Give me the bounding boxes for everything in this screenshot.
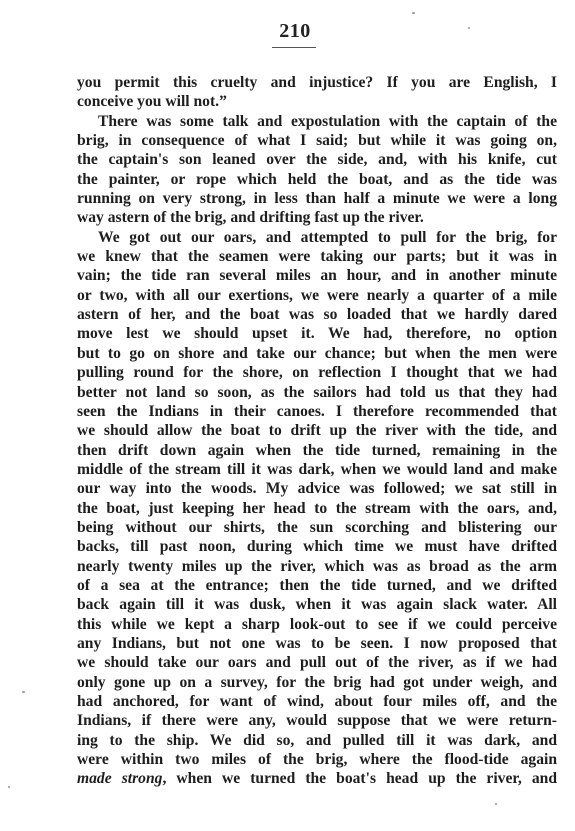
scan-speck [412, 12, 415, 14]
text-line: the captain's son leaned over the side, … [77, 150, 557, 169]
text-line: Indians, if there were any, would suppos… [77, 711, 557, 730]
scan-speck [8, 786, 10, 788]
text-line: or two, with all our exertions, we were … [77, 286, 557, 305]
text-line: vain; the tide ran several miles an hour… [77, 266, 557, 285]
text-line-rest: , when we turned the boat's head up the … [162, 770, 557, 787]
header-rule [272, 47, 316, 48]
text-line: There was some talk and expostulation wi… [77, 112, 557, 131]
text-line: pulling round for the shore, on reflecti… [77, 363, 557, 382]
scan-speck [468, 27, 470, 29]
text-line: nearly twenty miles up the river, which … [77, 557, 557, 576]
text-line: the boat, just keeping her head to the s… [77, 499, 557, 518]
text-line: but to go on shore and take our chance; … [77, 344, 557, 363]
text-line: had anchored, for want of wind, about fo… [77, 692, 557, 711]
text-line: then drift down again when the tide turn… [77, 441, 557, 460]
text-line: astern of her, and the boat was so loade… [77, 305, 557, 324]
italic-phrase: made strong [77, 770, 162, 787]
text-line: move lest we should upset it. We had, th… [77, 324, 557, 343]
page-number: 210 [0, 20, 575, 43]
scan-speck [22, 691, 25, 693]
text-line: way astern of the brig, and drifting fas… [77, 208, 557, 227]
text-line: being without our shirts, the sun scorch… [77, 518, 557, 537]
text-line-final: made strong, when we turned the boat's h… [77, 769, 557, 788]
text-line: better not land so soon, as the sailors … [77, 383, 557, 402]
text-line: back again till it was dusk, when it was… [77, 595, 557, 614]
text-line: running on very strong, in less than hal… [77, 189, 557, 208]
text-line: our way into the woods. My advice was fo… [77, 479, 557, 498]
text-line: backs, till past noon, during which time… [77, 537, 557, 556]
text-line: of a sea at the entrance; then the tide … [77, 576, 557, 595]
text-line: we should take our oars and pull out of … [77, 653, 557, 672]
text-line: the painter, or rope which held the boat… [77, 170, 557, 189]
text-line: We got out our oars, and attempted to pu… [77, 228, 557, 247]
text-line: only gone up on a survey, for the brig h… [77, 673, 557, 692]
text-line: seen the Indians in their canoes. I ther… [77, 402, 557, 421]
text-line: ing to the ship. We did so, and pulled t… [77, 731, 557, 750]
text-line: brig, in consequence of what I said; but… [77, 131, 557, 150]
text-line: were within two miles of the brig, where… [77, 750, 557, 769]
text-line: middle of the stream till it was dark, w… [77, 460, 557, 479]
text-line: you permit this cruelty and injustice? I… [77, 73, 557, 92]
text-line: this while we kept a sharp look-out to s… [77, 615, 557, 634]
text-line: conceive you will not.” [77, 92, 557, 111]
body-text: you permit this cruelty and injustice? I… [77, 73, 557, 789]
text-line: any Indians, but not one was to be seen.… [77, 634, 557, 653]
scan-speck [495, 803, 497, 805]
text-line: we knew that the seamen were taking our … [77, 247, 557, 266]
text-line: we should allow the boat to drift up the… [77, 421, 557, 440]
